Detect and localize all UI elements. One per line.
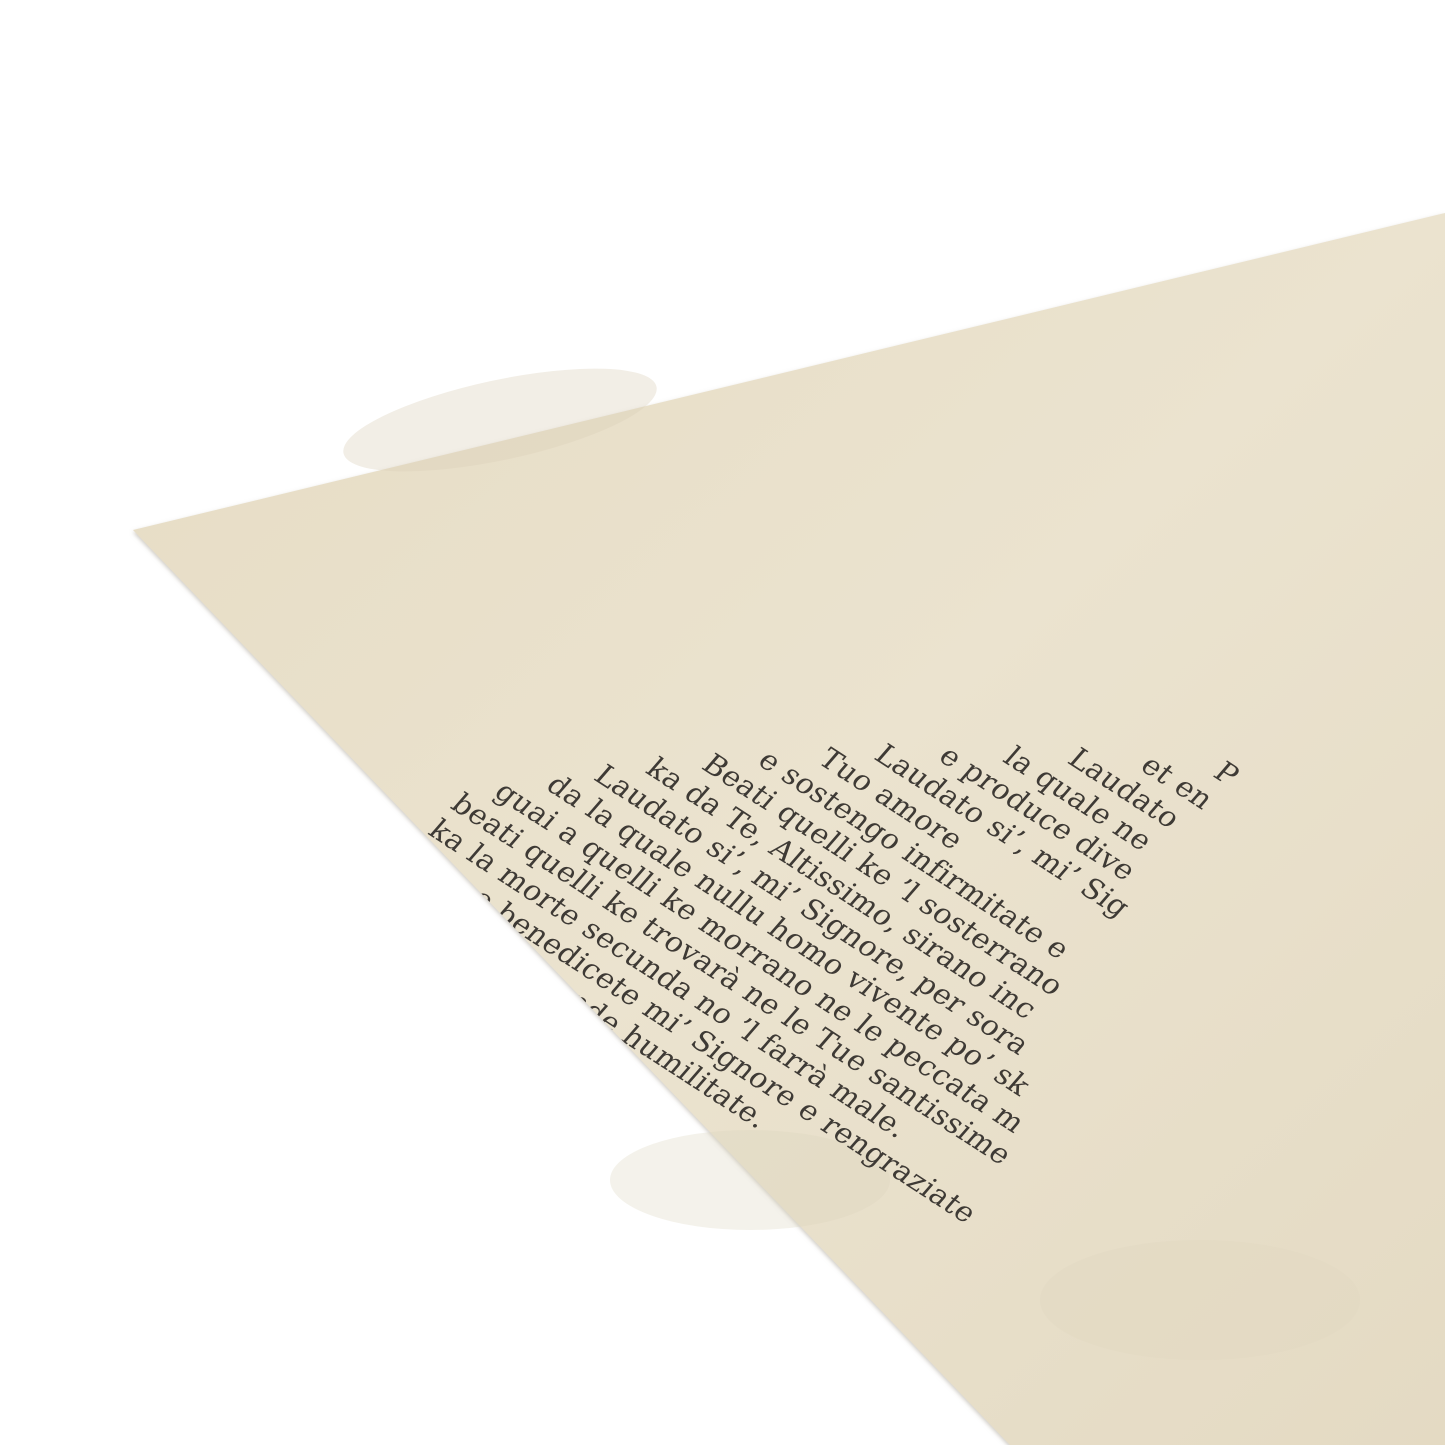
product-photo: P et en Laudato la quale ne e produce di… bbox=[0, 0, 1445, 1445]
